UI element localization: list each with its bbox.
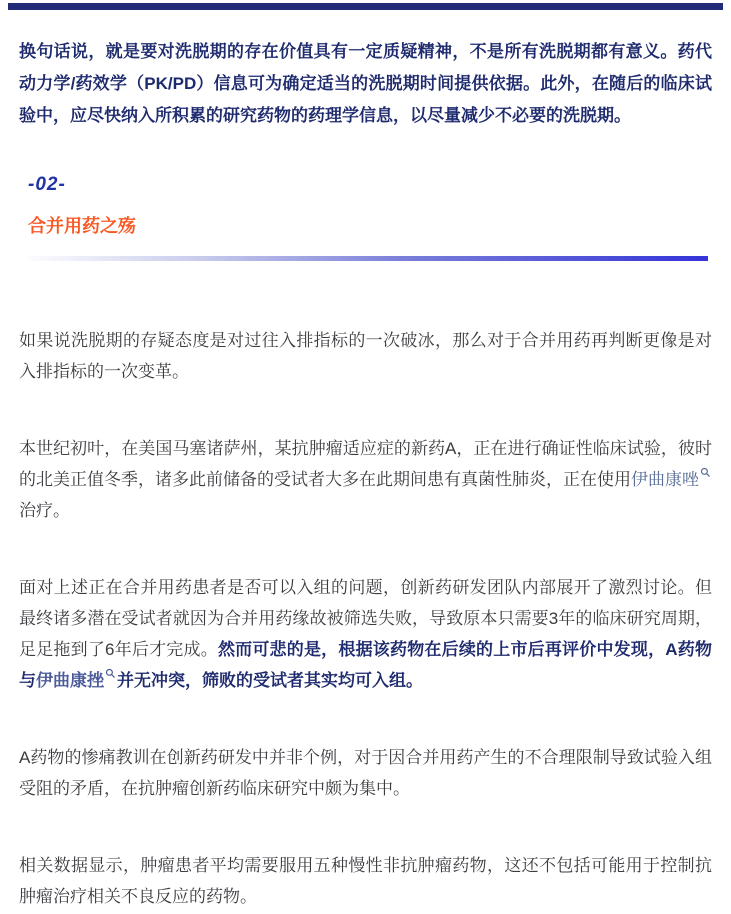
text-run: 并无冲突，筛败的受试者其实均可入组。 [117, 671, 423, 690]
body-paragraphs: 如果说洗脱期的存疑态度是对过往入排指标的一次破冰，那么对于合并用药再判断更像是对… [19, 325, 712, 912]
text-run: A药物的惨痛教训在创新药研发中并非个例，对于因合并用药产生的不合理限制导致试验入… [19, 748, 712, 798]
search-icon[interactable] [105, 668, 116, 679]
search-icon[interactable] [700, 467, 711, 478]
paragraph: 如果说洗脱期的存疑态度是对过往入排指标的一次破冰，那么对于合并用药再判断更像是对… [19, 325, 712, 387]
section-divider-line [28, 256, 708, 261]
text-run: 治疗。 [19, 501, 70, 520]
search-link[interactable]: 伊曲康挫 [36, 671, 104, 690]
paragraph: 本世纪初叶，在美国马塞诸萨州，某抗肿瘤适应症的新药A，正在进行确证性临床试验，彼… [19, 433, 712, 526]
paragraph: 相关数据显示，肿瘤患者平均需要服用五种慢性非抗肿瘤药物，这还不包括可能用于控制抗… [19, 850, 712, 912]
article-body: 换句话说，就是要对洗脱期的存在价值具有一定质疑精神，不是所有洗脱期都有意义。药代… [0, 0, 731, 912]
text-run: 如果说洗脱期的存疑态度是对过往入排指标的一次破冰，那么对于合并用药再判断更像是对… [19, 331, 712, 381]
section-header: -02- 合并用药之殇 [28, 174, 712, 236]
search-link[interactable]: 伊曲康唑 [631, 470, 699, 489]
section-number: -02- [28, 174, 712, 198]
section-title: 合并用药之殇 [28, 212, 712, 236]
text-run: 本世纪初叶，在美国马塞诸萨州，某抗肿瘤适应症的新药A，正在进行确证性临床试验，彼… [19, 439, 712, 489]
paragraph: 面对上述正在合并用药患者是否可以入组的问题，创新药研发团队内部展开了激烈讨论。但… [19, 572, 712, 696]
top-divider-bar [8, 3, 723, 10]
intro-paragraph: 换句话说，就是要对洗脱期的存在价值具有一定质疑精神，不是所有洗脱期都有意义。药代… [19, 36, 712, 132]
text-run: 相关数据显示，肿瘤患者平均需要服用五种慢性非抗肿瘤药物，这还不包括可能用于控制抗… [19, 856, 712, 906]
paragraph: A药物的惨痛教训在创新药研发中并非个例，对于因合并用药产生的不合理限制导致试验入… [19, 742, 712, 804]
